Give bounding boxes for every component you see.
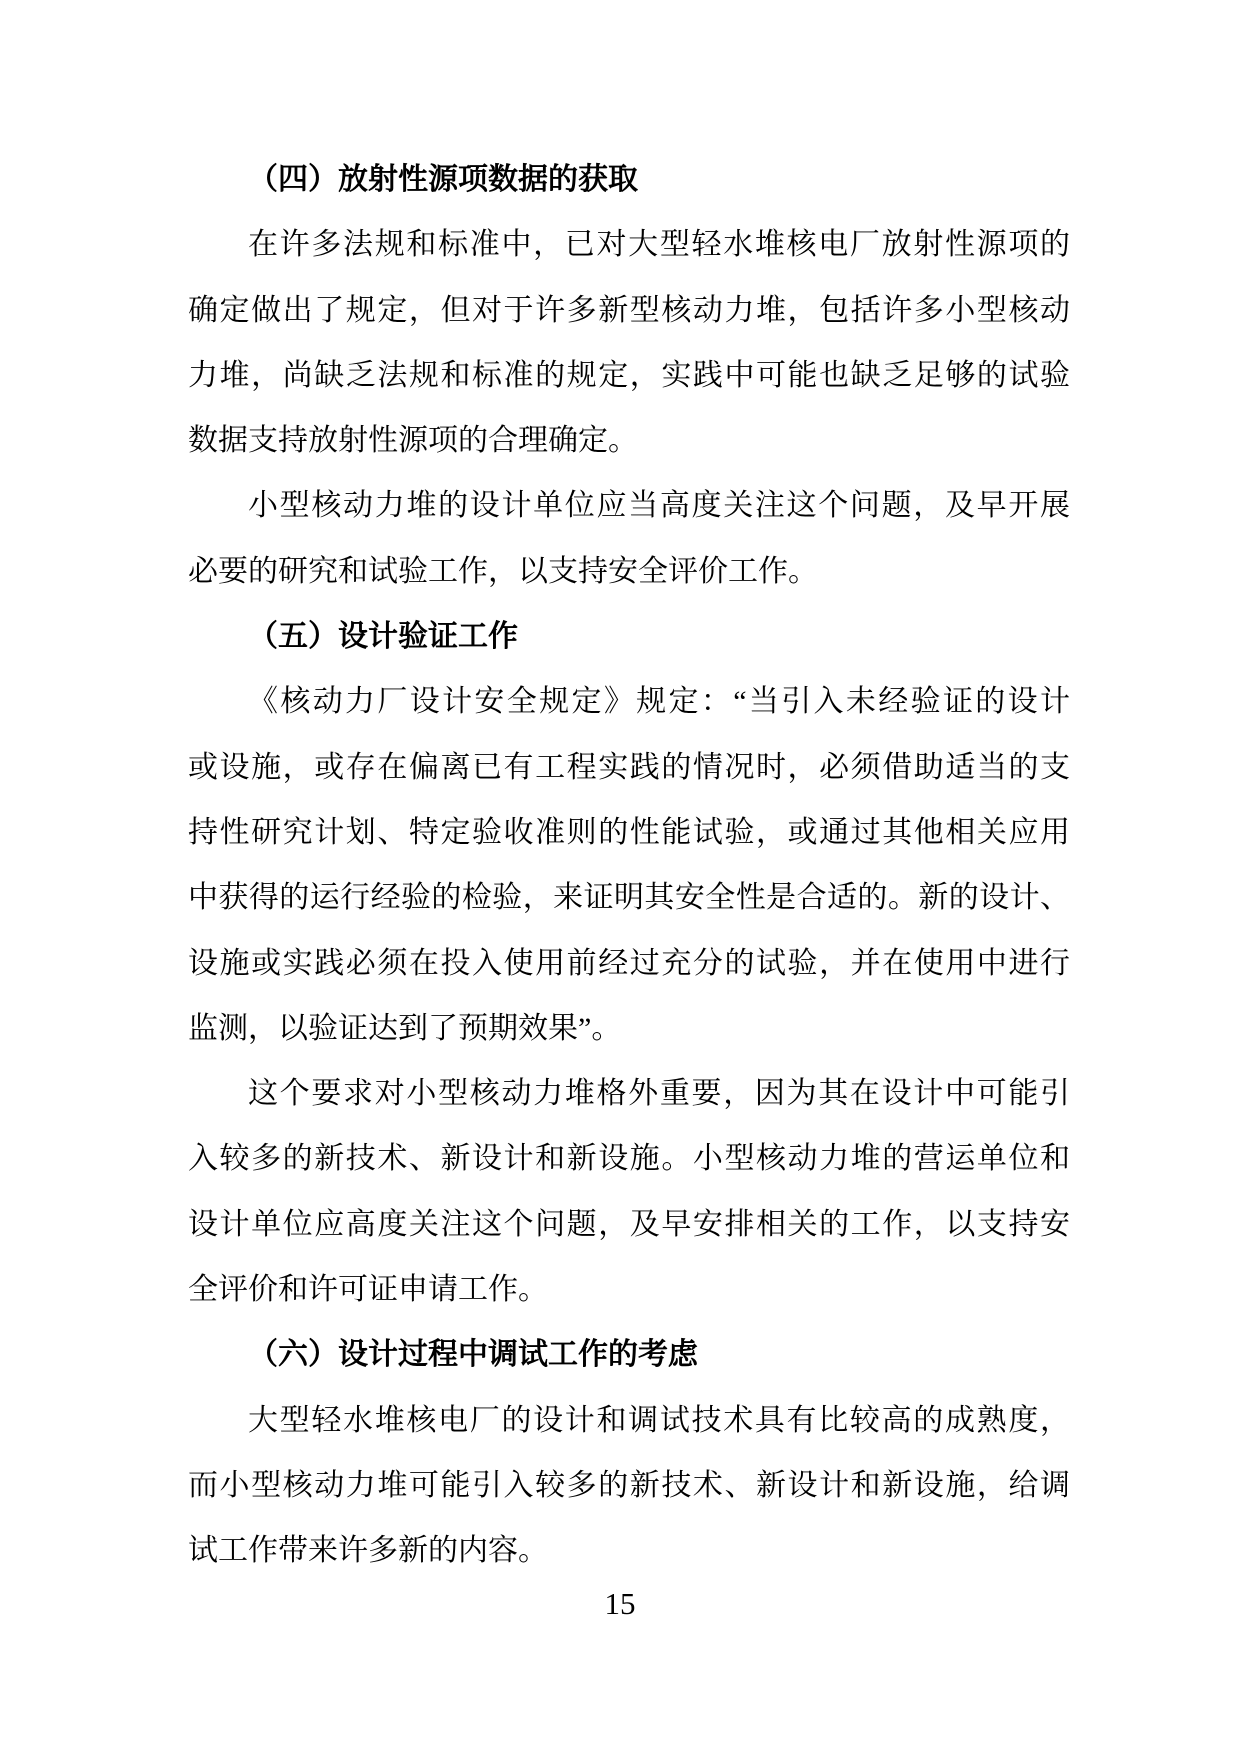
text-line: 持性研究计划、特定验收准则的性能试验，或通过其他相关应用 bbox=[188, 800, 1070, 865]
section-heading-si: （四）放射性源项数据的获取 bbox=[188, 147, 1070, 212]
text-line: 全评价和许可证申请工作。 bbox=[188, 1257, 1070, 1322]
text-line: 力堆，尚缺乏法规和标准的规定，实践中可能也缺乏足够的试验 bbox=[188, 343, 1070, 408]
text-line: 大型轻水堆核电厂的设计和调试技术具有比较高的成熟度， bbox=[188, 1388, 1070, 1453]
text-line: 数据支持放射性源项的合理确定。 bbox=[188, 408, 1070, 473]
section-heading-wu: （五）设计验证工作 bbox=[188, 604, 1070, 669]
text-line: 设施或实践必须在投入使用前经过充分的试验，并在使用中进行 bbox=[188, 931, 1070, 996]
text-line: 这个要求对小型核动力堆格外重要，因为其在设计中可能引 bbox=[188, 1061, 1070, 1126]
text-line: 监测，以验证达到了预期效果”。 bbox=[188, 996, 1070, 1061]
text-line: 设计单位应高度关注这个问题，及早安排相关的工作，以支持安 bbox=[188, 1192, 1070, 1257]
text-line: 在许多法规和标准中，已对大型轻水堆核电厂放射性源项的 bbox=[188, 212, 1070, 277]
text-line: 确定做出了规定，但对于许多新型核动力堆，包括许多小型核动 bbox=[188, 278, 1070, 343]
text-line: 必要的研究和试验工作，以支持安全评价工作。 bbox=[188, 539, 1070, 604]
text-line: 中获得的运行经验的检验，来证明其安全性是合适的。新的设计、 bbox=[188, 865, 1070, 930]
section-heading-liu: （六）设计过程中调试工作的考虑 bbox=[188, 1322, 1070, 1387]
document-content: （四）放射性源项数据的获取 在许多法规和标准中，已对大型轻水堆核电厂放射性源项的… bbox=[0, 0, 1240, 1584]
text-line: 或设施，或存在偏离已有工程实践的情况时，必须借助适当的支 bbox=[188, 735, 1070, 800]
text-line: 《核动力厂设计安全规定》规定：“当引入未经验证的设计 bbox=[188, 669, 1070, 734]
text-line: 试工作带来许多新的内容。 bbox=[188, 1518, 1070, 1583]
page: （四）放射性源项数据的获取 在许多法规和标准中，已对大型轻水堆核电厂放射性源项的… bbox=[0, 0, 1240, 1753]
text-line: 而小型核动力堆可能引入较多的新技术、新设计和新设施，给调 bbox=[188, 1453, 1070, 1518]
text-line: 入较多的新技术、新设计和新设施。小型核动力堆的营运单位和 bbox=[188, 1126, 1070, 1191]
page-number: 15 bbox=[0, 1586, 1240, 1622]
text-line: 小型核动力堆的设计单位应当高度关注这个问题，及早开展 bbox=[188, 473, 1070, 538]
